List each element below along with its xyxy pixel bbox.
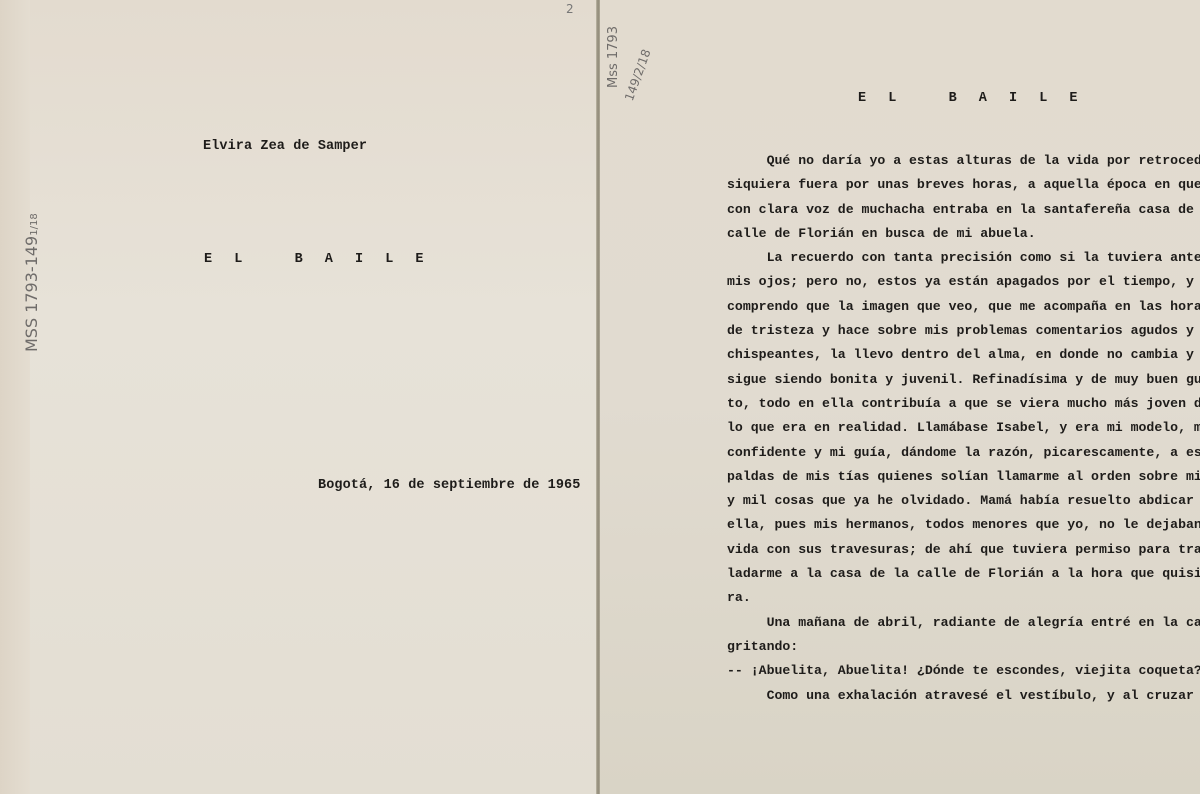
text-line: de tristeza y hace sobre mis problemas c… (727, 319, 1167, 343)
place-date: Bogotá, 16 de septiembre de 1965 (318, 478, 580, 493)
archive-note-left-fraction: 1/18 (29, 213, 40, 235)
text-line: ra. (727, 586, 1167, 610)
text-line: paldas de mis tías quienes solían llamar… (727, 465, 1167, 489)
archive-note-left-main: MSS 1793-149 (22, 236, 41, 352)
left-page (0, 0, 598, 794)
archive-note-left: MSS 1793-1491/18 (22, 213, 41, 352)
text-line: chispeantes, la llevo dentro del alma, e… (727, 343, 1167, 367)
author-name: Elvira Zea de Samper (203, 139, 367, 154)
text-line: vida con sus travesuras; de ahí que tuvi… (727, 538, 1167, 562)
text-line: ladarme a la casa de la calle de Florián… (727, 562, 1167, 586)
text-line: ella, pues mis hermanos, todos menores q… (727, 513, 1167, 537)
text-line: to, todo en ella contribuía a que se vie… (727, 392, 1167, 416)
text-line: con clara voz de muchacha entraba en la … (727, 198, 1167, 222)
text-line: Una mañana de abril, radiante de alegría… (727, 611, 1167, 635)
text-line: lo que era en realidad. Llamábase Isabel… (727, 416, 1167, 440)
text-line: -- ¡Abuelita, Abuelita! ¿Dónde te escond… (727, 659, 1167, 683)
text-line: calle de Florián en busca de mi abuela. (727, 222, 1167, 246)
text-line: sigue siendo bonita y juvenil. Refinadís… (727, 368, 1167, 392)
title-right: E L B A I L E (858, 91, 1085, 106)
text-line: comprendo que la imagen que veo, que me … (727, 295, 1167, 319)
text-line: confidente y mi guía, dándome la razón, … (727, 441, 1167, 465)
archive-note-right-1: Mss 1793 (606, 26, 621, 88)
text-line: mis ojos; pero no, estos ya están apagad… (727, 270, 1167, 294)
title-left: E L B A I L E (204, 252, 431, 267)
page-gutter (596, 0, 600, 794)
text-line: gritando: (727, 635, 1167, 659)
text-line: Qué no daría yo a estas alturas de la vi… (727, 149, 1167, 173)
corner-mark: 2 (566, 2, 574, 16)
text-line: Como una exhalación atravesé el vestíbul… (727, 684, 1167, 708)
story-body: Qué no daría yo a estas alturas de la vi… (727, 149, 1167, 708)
text-line: La recuerdo con tanta precisión como si … (727, 246, 1167, 270)
left-edge-shadow (0, 0, 30, 794)
text-line: y mil cosas que ya he olvidado. Mamá hab… (727, 489, 1167, 513)
text-line: siquiera fuera por unas breves horas, a … (727, 173, 1167, 197)
